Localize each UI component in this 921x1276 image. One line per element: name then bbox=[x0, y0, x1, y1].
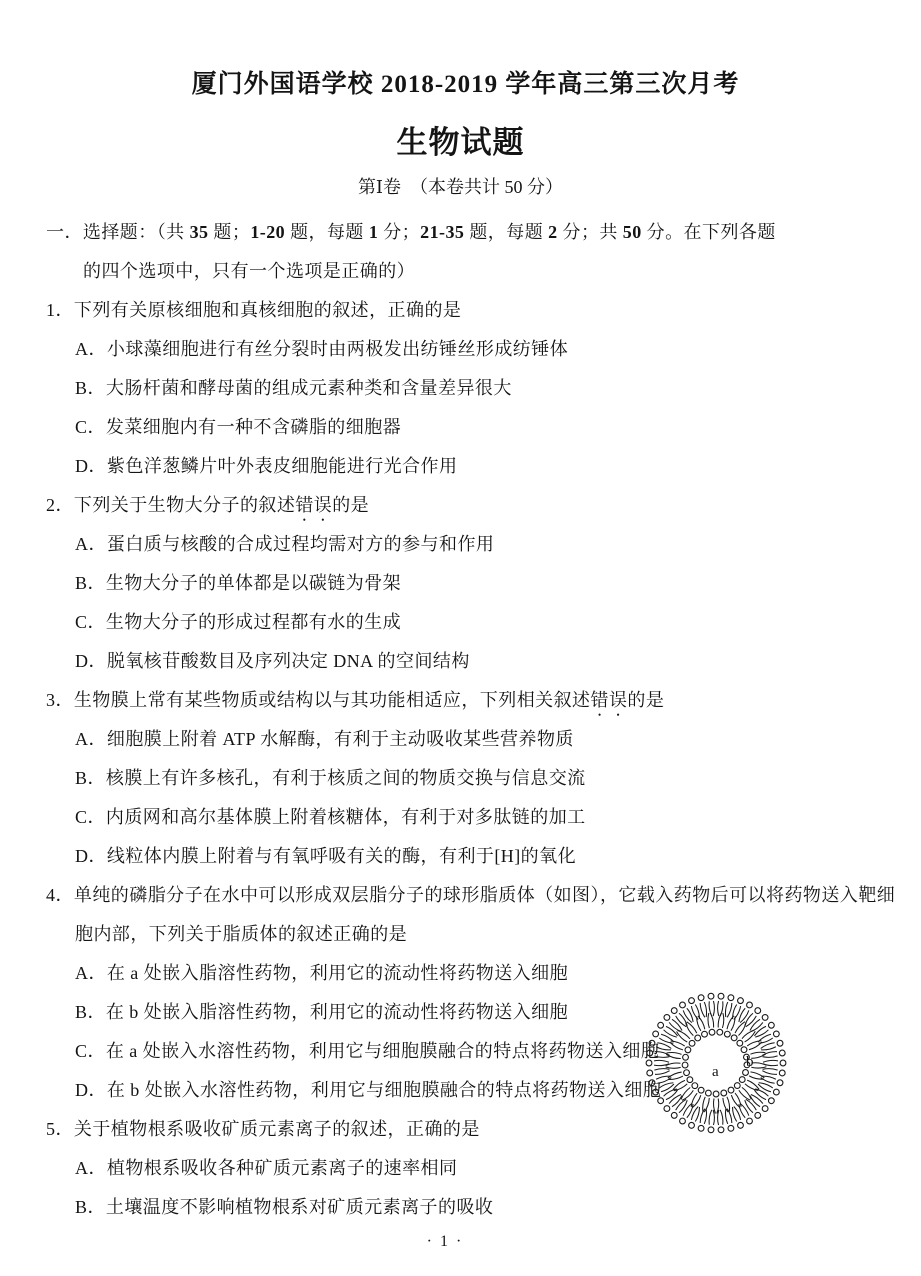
question-1-option-d: D．紫色洋葱鳞片叶外表皮细胞能进行光合作用 bbox=[46, 447, 901, 486]
instruction-text: 题，每题 bbox=[285, 222, 369, 242]
instruction-number: 1-20 bbox=[250, 222, 285, 242]
question-5-option-b: B．土壤温度不影响植物根系对矿质元素离子的吸收 bbox=[46, 1188, 901, 1227]
question-3-option-a: A．细胞膜上附着 ATP 水解酶，有利于主动吸收某些营养物质 bbox=[46, 720, 901, 759]
instruction-number: 21-35 bbox=[420, 222, 464, 242]
stem-emphasis: 错误 bbox=[295, 495, 332, 515]
question-2-option-b: B．生物大分子的单体都是以碳链为骨架 bbox=[46, 564, 901, 603]
instruction-text: 分。在下列各题 bbox=[642, 222, 776, 242]
instruction-number: 1 bbox=[369, 222, 378, 242]
question-3-stem: 3．生物膜上常有某些物质或结构以与其功能相适应，下列相关叙述错误的是 bbox=[46, 681, 901, 720]
liposome-bilayer-drawing bbox=[638, 985, 794, 1141]
stem-text: 下列关于生物大分子的叙述 bbox=[74, 495, 295, 515]
question-number: 5． bbox=[46, 1119, 74, 1139]
stem-emphasis: 错误 bbox=[591, 690, 628, 710]
section-header: 第Ⅰ卷 （本卷共计 50 分） bbox=[0, 175, 921, 199]
question-number: 3． bbox=[46, 690, 74, 710]
exam-page: 厦门外国语学校 2018-2019 学年高三第三次月考 生物试题 第Ⅰ卷 （本卷… bbox=[0, 0, 921, 1276]
question-2-stem: 2．下列关于生物大分子的叙述错误的是 bbox=[46, 486, 901, 525]
question-1-option-b: B．大肠杆菌和酵母菌的组成元素种类和含量差异很大 bbox=[46, 369, 901, 408]
instruction-number: 2 bbox=[548, 222, 557, 242]
stem-text: 下列有关原核细胞和真核细胞的叙述，正确的是 bbox=[74, 300, 461, 320]
instruction-text: 一．选择题：（共 bbox=[46, 222, 190, 242]
question-1-option-a: A．小球藻细胞进行有丝分裂时由两极发出纺锤丝形成纺锤体 bbox=[46, 330, 901, 369]
question-1: 1．下列有关原核细胞和真核细胞的叙述，正确的是 A．小球藻细胞进行有丝分裂时由两… bbox=[46, 291, 901, 486]
question-3: 3．生物膜上常有某些物质或结构以与其功能相适应，下列相关叙述错误的是 A．细胞膜… bbox=[46, 681, 901, 876]
page-number: · 1 · bbox=[0, 1232, 890, 1252]
question-3-option-b: B．核膜上有许多核孔，有利于核质之间的物质交换与信息交流 bbox=[46, 759, 901, 798]
subject-title: 生物试题 bbox=[0, 124, 921, 162]
instruction-text: 分； bbox=[378, 222, 420, 242]
question-number: 4． bbox=[46, 885, 74, 905]
page-title: 厦门外国语学校 2018-2019 学年高三第三次月考 bbox=[40, 68, 891, 102]
question-3-option-c: C．内质网和高尔基体膜上附着核糖体，有利于对多肽链的加工 bbox=[46, 798, 901, 837]
instruction-text: 题，每题 bbox=[464, 222, 548, 242]
instruction-text: 分；共 bbox=[558, 222, 623, 242]
liposome-label-a: a bbox=[712, 1065, 719, 1080]
question-2-option-c: C．生物大分子的形成过程都有水的生成 bbox=[46, 603, 901, 642]
question-1-option-c: C．发菜细胞内有一种不含磷脂的细胞器 bbox=[46, 408, 901, 447]
stem-text: 关于植物根系吸收矿质元素离子的叙述，正确的是 bbox=[74, 1119, 480, 1139]
question-2-option-d: D．脱氧核苷酸数目及序列决定 DNA 的空间结构 bbox=[46, 642, 901, 681]
stem-text: 单纯的磷脂分子在水中可以形成双层脂分子的球形脂质体（如图），它载入药物后可以将药… bbox=[74, 885, 895, 944]
instructions-line-2: 的四个选项中，只有一个选项是正确的） bbox=[46, 252, 901, 291]
question-2-option-a: A．蛋白质与核酸的合成过程均需对方的参与和作用 bbox=[46, 525, 901, 564]
question-2: 2．下列关于生物大分子的叙述错误的是 A．蛋白质与核酸的合成过程均需对方的参与和… bbox=[46, 486, 901, 681]
stem-text: 的是 bbox=[627, 690, 664, 710]
liposome-diagram: a b bbox=[638, 985, 794, 1141]
stem-text: 的是 bbox=[332, 495, 369, 515]
question-5-option-a: A．植物根系吸收各种矿质元素离子的速率相同 bbox=[46, 1149, 901, 1188]
question-number: 2． bbox=[46, 495, 74, 515]
instruction-number: 35 bbox=[190, 222, 209, 242]
question-4-stem: 4．单纯的磷脂分子在水中可以形成双层脂分子的球形脂质体（如图），它载入药物后可以… bbox=[46, 876, 901, 954]
question-3-option-d: D．线粒体内膜上附着与有氧呼吸有关的酶，有利于[H]的氧化 bbox=[46, 837, 901, 876]
instruction-text: 题； bbox=[208, 222, 250, 242]
question-number: 1． bbox=[46, 300, 74, 320]
liposome-label-b: b bbox=[746, 1055, 754, 1070]
instruction-number: 50 bbox=[623, 222, 642, 242]
stem-text: 生物膜上常有某些物质或结构以与其功能相适应，下列相关叙述 bbox=[74, 690, 591, 710]
question-1-stem: 1．下列有关原核细胞和真核细胞的叙述，正确的是 bbox=[46, 291, 901, 330]
instructions-line-1: 一．选择题：（共 35 题；1-20 题，每题 1 分；21-35 题，每题 2… bbox=[46, 213, 901, 252]
